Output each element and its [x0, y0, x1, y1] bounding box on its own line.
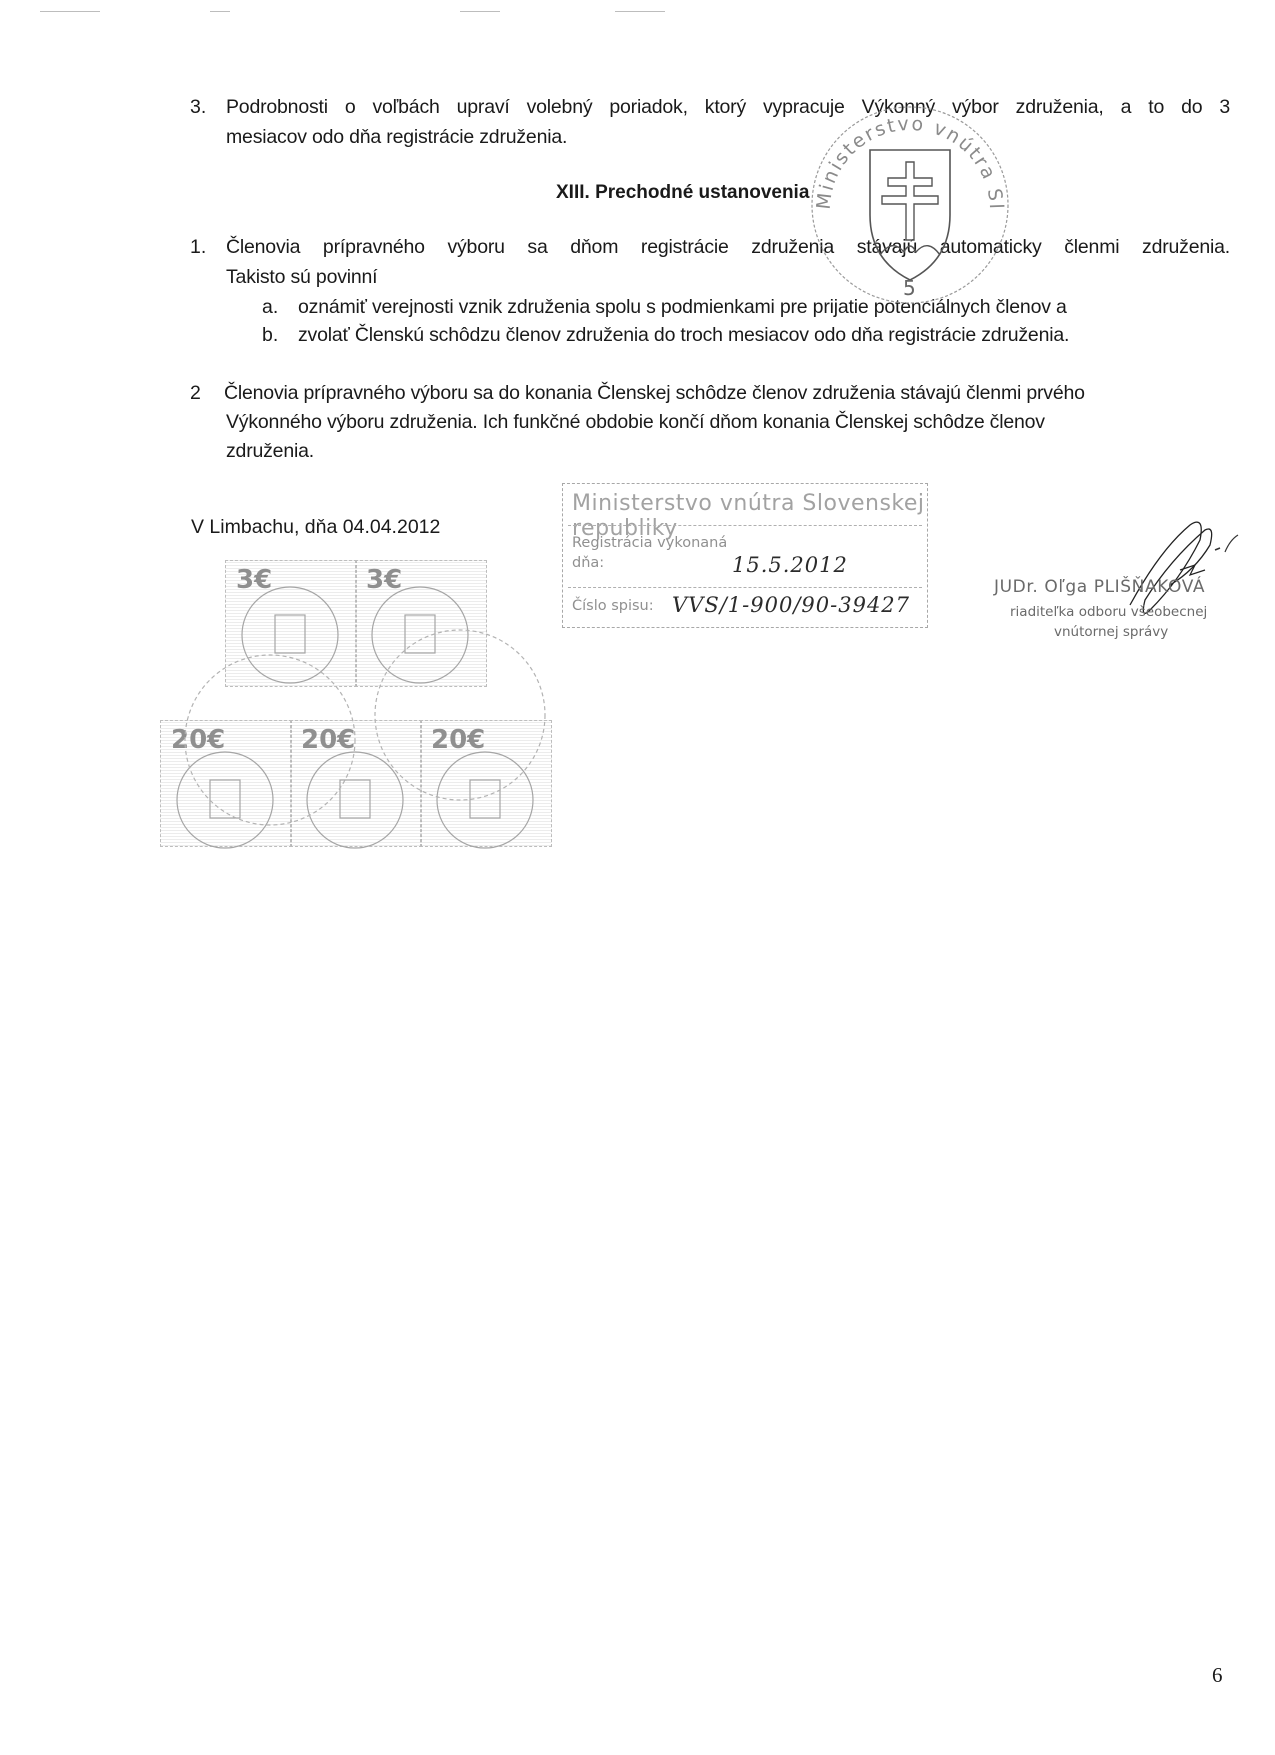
signature-block: JUDr. Oľga PLIŠŇAKOVÁ riaditeľka odboru … — [970, 510, 1240, 650]
divider — [568, 525, 922, 527]
signatory-name: JUDr. Oľga PLIŠŇAKOVÁ — [994, 577, 1205, 597]
registration-stamp: Ministerstvo vnútra Slovenskej republiky… — [562, 483, 928, 628]
registration-authority: Ministerstvo vnútra Slovenskej republiky — [572, 491, 928, 541]
item-3-line-2: mesiacov odo dňa registrácie združenia. — [226, 122, 567, 152]
divider — [568, 587, 922, 589]
item-2-line-1: Členovia prípravného výboru sa do konani… — [224, 378, 1085, 408]
item-2-line-2: Výkonného výboru združenia. Ich funkčné … — [226, 407, 1045, 437]
place-date: V Limbachu, dňa 04.04.2012 — [191, 516, 440, 539]
signatory-role-line-1: riaditeľka odboru všeobecnej — [1010, 604, 1207, 620]
registration-date-value: 15.5.2012 — [732, 553, 848, 577]
item-1-line-2: Takisto sú povinní — [226, 262, 377, 292]
file-number-value: VVS/1-900/90-39427 — [672, 593, 910, 617]
subitem-b-text: zvolať Členskú schôdzu členov združenia … — [298, 320, 1069, 350]
round-seal: Ministerstvo vnútra Slovenskej republiky… — [800, 90, 1020, 310]
subitem-b-letter: b. — [262, 320, 278, 350]
registration-label: Registrácia vykonaná — [572, 535, 727, 551]
tax-stamps: 3€ 3€ 20€ 20€ 20€ — [160, 550, 580, 870]
scan-artifact — [460, 11, 500, 12]
scan-artifact — [615, 11, 665, 12]
scan-artifact — [40, 11, 100, 12]
item-1-number: 1. — [190, 232, 206, 262]
file-number-label: Číslo spisu: — [572, 598, 654, 614]
item-3-number: 3. — [190, 92, 206, 122]
item-2-number: 2 — [190, 378, 201, 408]
round-seal-number: 5 — [903, 276, 916, 300]
item-2-line-3: združenia. — [226, 436, 314, 466]
page-number: 6 — [1212, 1663, 1223, 1688]
section-heading: XIII. Prechodné ustanovenia — [556, 178, 809, 208]
item-3-line-1: Podrobnosti o voľbách upraví volebný por… — [226, 92, 1230, 122]
subitem-a-letter: a. — [262, 292, 278, 322]
item-1-line-1: Členovia prípravného výboru sa dňom regi… — [226, 232, 1230, 262]
coat-of-arms-icon — [870, 150, 950, 280]
tax-stamp-emblems — [160, 550, 580, 870]
scan-artifact — [210, 11, 230, 12]
signatory-role-line-2: vnútornej správy — [1054, 624, 1168, 640]
